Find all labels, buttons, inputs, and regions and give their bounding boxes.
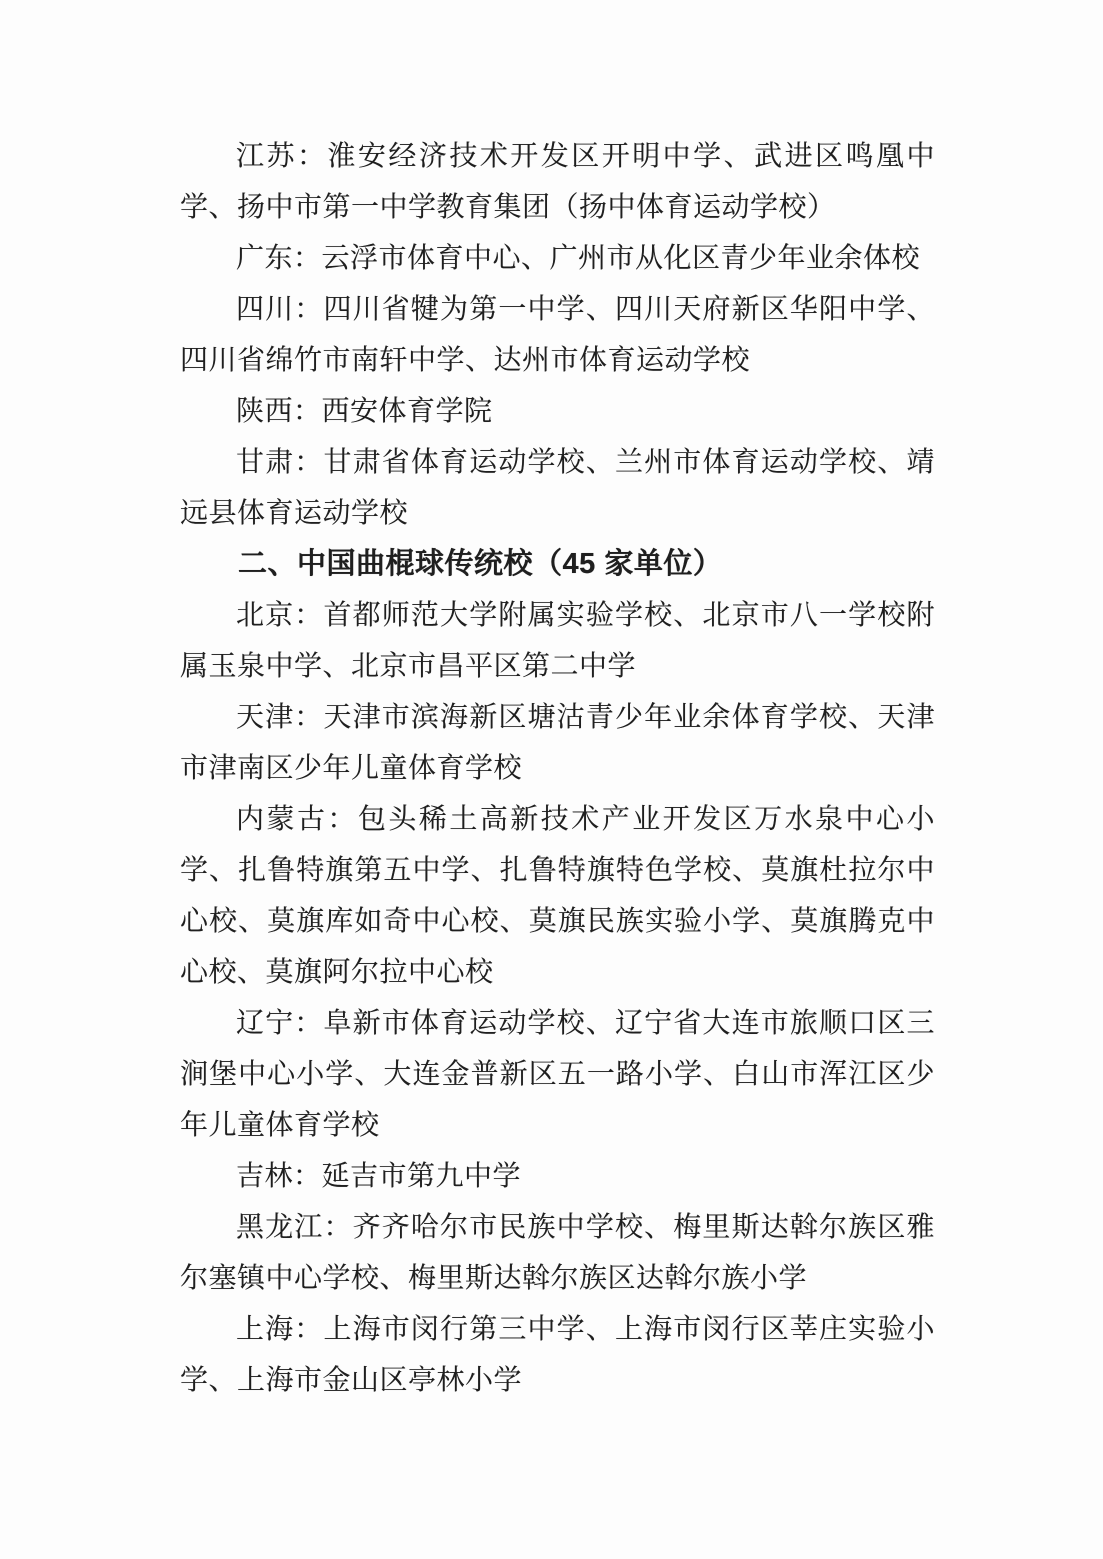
entry-sichuan: 四川：四川省犍为第一中学、四川天府新区华阳中学、四川省绵竹市南轩中学、达州市体育…: [180, 284, 935, 386]
entry-shanghai: 上海：上海市闵行第三中学、上海市闵行区莘庄实验小学、上海市金山区亭林小学: [180, 1304, 935, 1406]
section-heading: 二、中国曲棍球传统校（45 家单位）: [180, 539, 935, 590]
entry-jilin: 吉林：延吉市第九中学: [180, 1151, 935, 1202]
entry-gansu: 甘肃：甘肃省体育运动学校、兰州市体育运动学校、靖远县体育运动学校: [180, 437, 935, 539]
document-body: 江苏：淮安经济技术开发区开明中学、武进区鸣凰中学、扬中市第一中学教育集团（扬中体…: [180, 131, 935, 1406]
entry-beijing: 北京：首都师范大学附属实验学校、北京市八一学校附属玉泉中学、北京市昌平区第二中学: [180, 590, 935, 692]
entry-tianjin: 天津：天津市滨海新区塘沽青少年业余体育学校、天津市津南区少年儿童体育学校: [180, 692, 935, 794]
entry-liaoning: 辽宁：阜新市体育运动学校、辽宁省大连市旅顺口区三涧堡中心小学、大连金普新区五一路…: [180, 998, 935, 1151]
entry-heilongjiang: 黑龙江：齐齐哈尔市民族中学校、梅里斯达斡尔族区雅尔塞镇中心学校、梅里斯达斡尔族区…: [180, 1202, 935, 1304]
entry-jiangsu: 江苏：淮安经济技术开发区开明中学、武进区鸣凰中学、扬中市第一中学教育集团（扬中体…: [180, 131, 935, 233]
entry-neimenggu: 内蒙古：包头稀土高新技术产业开发区万水泉中心小学、扎鲁特旗第五中学、扎鲁特旗特色…: [180, 794, 935, 998]
document-page: 江苏：淮安经济技术开发区开明中学、武进区鸣凰中学、扬中市第一中学教育集团（扬中体…: [0, 0, 1103, 1559]
entry-shaanxi: 陕西：西安体育学院: [180, 386, 935, 437]
entry-guangdong: 广东：云浮市体育中心、广州市从化区青少年业余体校: [180, 233, 935, 284]
